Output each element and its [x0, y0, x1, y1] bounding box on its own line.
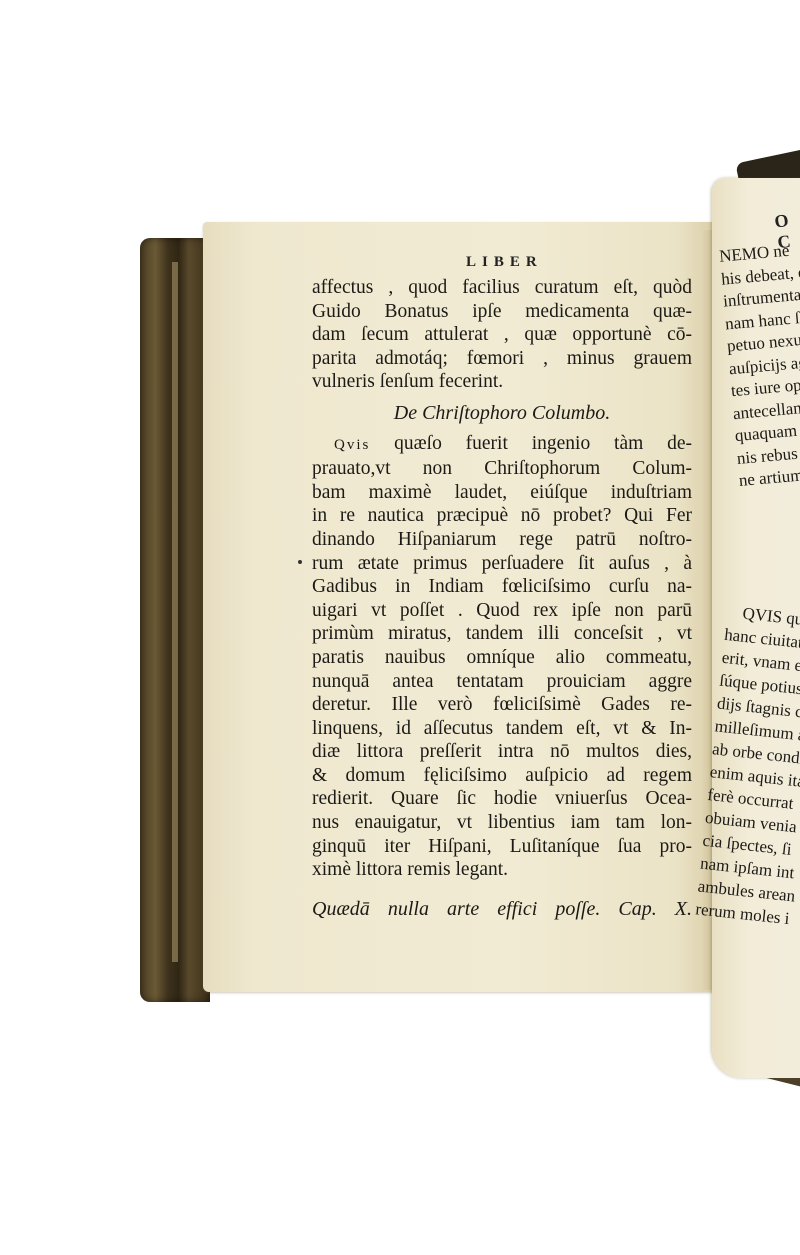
- text-line: Qvis quæſo fuerit ingenio tàm de-: [312, 432, 692, 458]
- margin-ink-mark: [298, 560, 302, 564]
- text-line: diæ littora preſſerit intra nō multos di…: [312, 740, 692, 764]
- text-line: redierit. Quare ſic hodie vniuerſus Ocea…: [312, 787, 692, 811]
- text-line: primùm miratus, tandem illi conceſsit , …: [312, 622, 692, 646]
- text-line: nus enauigatur, vt libentius iam tam lon…: [312, 811, 692, 835]
- text-line: linquens, id aſſecutus tandem eſt, vt & …: [312, 717, 692, 741]
- left-page-text: affectus , quod facilius curatum eſt, qu…: [312, 276, 692, 921]
- text-line: ginquū iter Hiſpani, Luſitaníque ſua pro…: [312, 835, 692, 859]
- text-line: paratis nauibus omníque alio commeatu,: [312, 646, 692, 670]
- text-line: & domum fęliciſsimo auſpicio ad regem: [312, 764, 692, 788]
- text-line: ximè littora remis legant.: [312, 858, 692, 882]
- chapter-heading: Quædā nulla arte effici poſſe. Cap. X.: [312, 898, 692, 922]
- text-line: prauato,vt non Chriſtophorum Colum-: [312, 457, 692, 481]
- text-line: parita admotáq; fœmori , minus grauem: [312, 347, 692, 371]
- text-line: uigari vt poſſet . Quod rex ipſe non par…: [312, 599, 692, 623]
- text-line: bam maximè laudet, eiúſque induſtriam: [312, 481, 692, 505]
- text-line: vulneris ſenſum fecerint.: [312, 370, 692, 394]
- text-line: dinando Hiſpaniarum rege patrū noſtro-: [312, 528, 692, 552]
- text-line: affectus , quod facilius curatum eſt, qu…: [312, 276, 692, 300]
- text-line: Guido Bonatus ipſe medicamenta quæ-: [312, 300, 692, 324]
- text-line: dam ſecum attulerat , quæ opportunè cō-: [312, 323, 692, 347]
- binding-ridge: [172, 262, 178, 962]
- text-fragment: quæſo fuerit ingenio tàm de-: [370, 433, 692, 454]
- section-heading: De Chriſtophoro Columbo.: [312, 402, 692, 426]
- text-line: in re nautica præcipuè nō probet? Qui Fe…: [312, 504, 692, 528]
- left-running-head: LIBER: [466, 254, 543, 271]
- text-line: deretur. Ille verò fœliciſsimè Gades re-: [312, 693, 692, 717]
- initial-small-caps: Qvis: [334, 437, 370, 453]
- text-line: nunquā antea tentatam prouiciam aggre: [312, 670, 692, 694]
- text-line: Gadibus in Indiam fœliciſsimo curſu na-: [312, 575, 692, 599]
- text-line: rum ætate primus perſuadere ſit auſus , …: [312, 552, 692, 576]
